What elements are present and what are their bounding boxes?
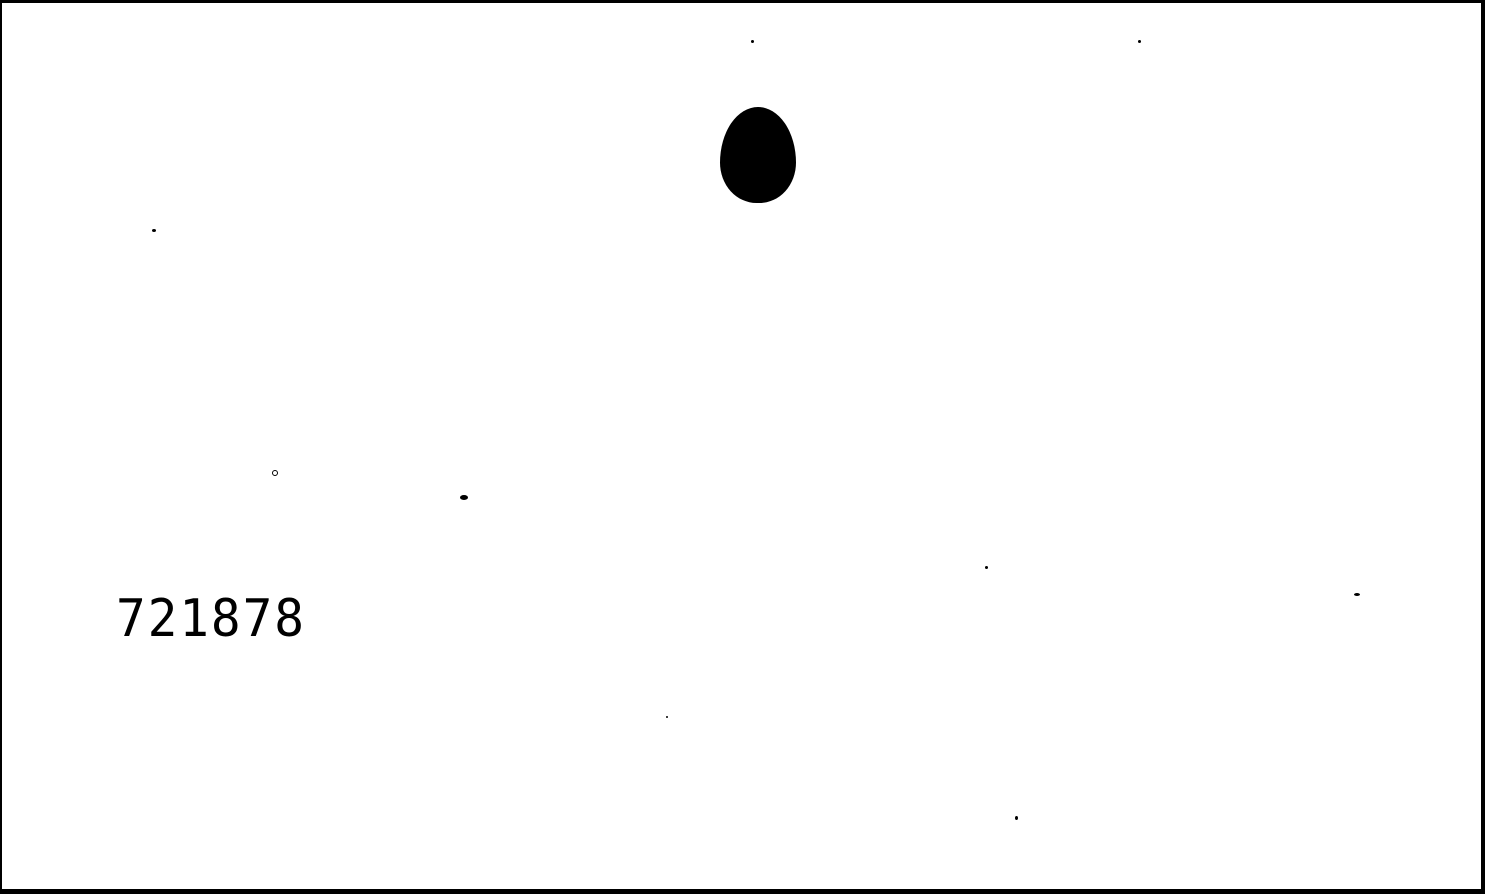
speck — [985, 566, 988, 569]
speck — [1015, 816, 1018, 820]
speck — [666, 716, 668, 718]
speck — [152, 229, 156, 232]
speck — [1138, 40, 1141, 43]
punch-hole-blot — [720, 107, 796, 203]
speck — [460, 495, 468, 500]
speck — [1354, 593, 1360, 596]
speck — [751, 40, 754, 43]
index-card: 721878 — [2, 3, 1481, 889]
speck — [272, 470, 278, 476]
card-number: 721878 — [116, 589, 306, 649]
